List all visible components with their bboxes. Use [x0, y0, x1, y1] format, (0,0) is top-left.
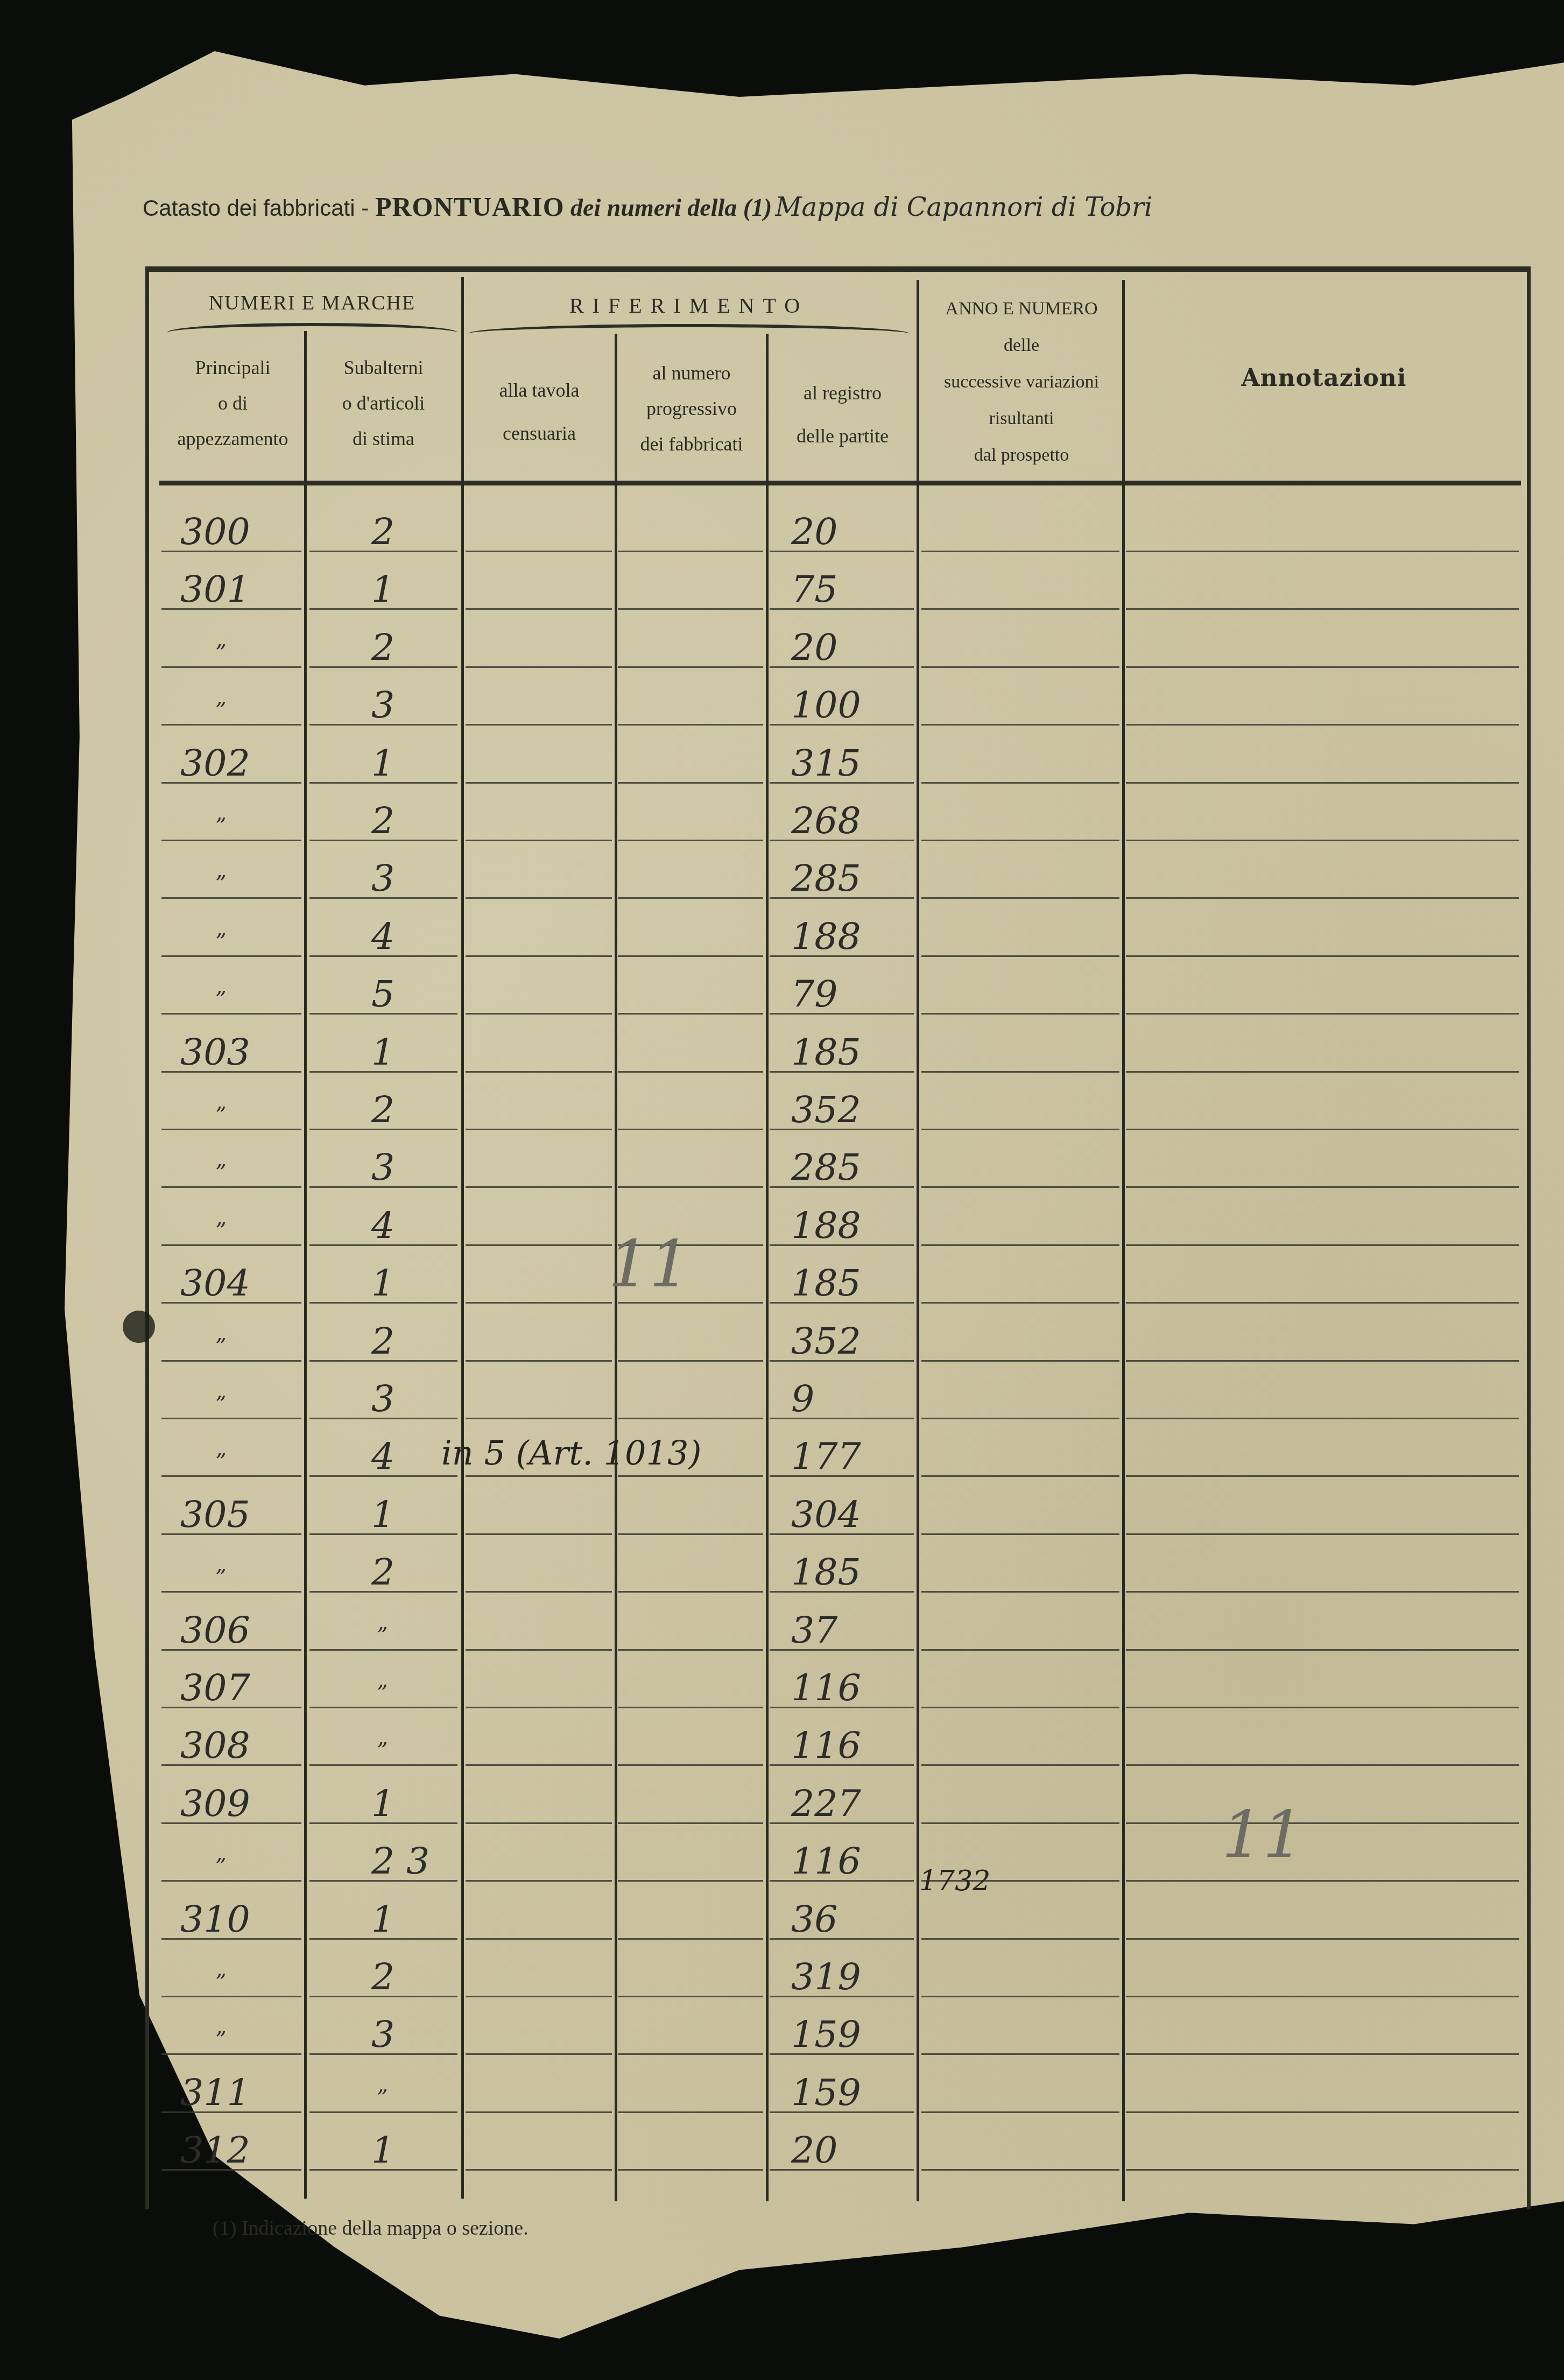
row-rule [466, 1418, 612, 1419]
row-rule [618, 1302, 763, 1304]
row-rule [1126, 666, 1519, 668]
row-rule [921, 955, 1119, 957]
table-row: ”4177in 5 (Art. 1013) [0, 1428, 1564, 1485]
cell-registro: 185 [791, 1551, 861, 1594]
row-rule [1126, 1129, 1519, 1130]
cell-principale: ” [215, 1449, 226, 1474]
cell-registro: 116 [791, 1724, 861, 1767]
table-row: 3091227 [0, 1775, 1564, 1832]
cell-registro: 36 [791, 1898, 838, 1941]
row-rule [921, 1360, 1119, 1362]
cell-registro: 100 [791, 684, 861, 727]
table-row: 306”37 [0, 1602, 1564, 1659]
row-rule [161, 1591, 301, 1593]
cell-registro: 9 [791, 1378, 814, 1420]
row-rule [618, 840, 763, 841]
table-row: 311”159 [0, 2064, 1564, 2121]
cell-subalterno: 1 [371, 1262, 394, 1305]
row-rule [466, 955, 612, 957]
row-rule [466, 2053, 612, 2055]
row-rule [921, 2053, 1119, 2055]
row-rule [466, 1013, 612, 1015]
row-rule [466, 608, 612, 610]
row-rule [466, 666, 612, 668]
row-rule [921, 1475, 1119, 1477]
row-rule [161, 1129, 301, 1130]
table-row: ”4188 [0, 908, 1564, 965]
row-rule [309, 1707, 457, 1708]
row-rule [618, 955, 763, 957]
row-rule [161, 1880, 301, 1882]
cell-principale: ” [215, 930, 226, 954]
row-rule [466, 1071, 612, 1073]
cell-registro: 319 [791, 1956, 861, 1998]
row-rule [161, 1418, 301, 1419]
title-suffix: dei numeri della (1) [565, 194, 772, 221]
row-rule [921, 1764, 1119, 1766]
row-rule [466, 1996, 612, 1997]
row-rule [1126, 724, 1519, 726]
table-row: ”2352 [0, 1313, 1564, 1370]
row-rule [1126, 1822, 1519, 1824]
row-rule [1126, 1938, 1519, 1940]
cell-registro: 159 [791, 2013, 861, 2056]
cell-subalterno: ” [377, 1738, 388, 1763]
row-rule [1126, 1071, 1519, 1073]
row-rule [618, 2111, 763, 2113]
cell-principale: ” [215, 1334, 226, 1359]
table-row: 308”116 [0, 1717, 1564, 1774]
cell-subalterno: 3 [371, 2013, 394, 2056]
cell-subalterno: ” [377, 1623, 388, 1648]
row-rule [618, 1938, 763, 1940]
row-rule [921, 2169, 1119, 2171]
cell-registro: 75 [791, 568, 838, 611]
row-rule [618, 1360, 763, 1362]
cell-principale: 307 [180, 1667, 250, 1709]
row-rule [618, 2169, 763, 2171]
cell-principale: ” [215, 1103, 226, 1128]
pencil-mark: 11 [1222, 1798, 1304, 1872]
row-rule [466, 2111, 612, 2113]
row-rule [466, 1649, 612, 1651]
row-rule [161, 897, 301, 899]
header-col-numero-progressivo: al numero progressivo dei fabbricati [616, 355, 767, 462]
header-col-annotazioni: Annotazioni [1128, 361, 1520, 396]
cell-registro: 177 [791, 1435, 861, 1478]
cell-registro: 268 [791, 800, 861, 842]
row-rule [466, 1129, 612, 1130]
row-rule [921, 1938, 1119, 1940]
table-row: ”2 31161732 [0, 1833, 1564, 1890]
row-rule [618, 666, 763, 668]
row-rule [1126, 840, 1519, 841]
cell-principale: 303 [180, 1031, 250, 1074]
row-rule [466, 1244, 612, 1246]
row-rule [921, 897, 1119, 899]
row-rule [921, 1129, 1119, 1130]
row-rule [618, 897, 763, 899]
cell-registro: 79 [791, 973, 838, 1016]
cell-registro: 185 [791, 1031, 861, 1074]
cell-subalterno: 1 [371, 2129, 394, 2172]
row-rule [466, 2169, 612, 2171]
cell-subalterno: 2 [371, 1089, 394, 1131]
table-row: ”2185 [0, 1544, 1564, 1601]
row-rule [921, 1013, 1119, 1015]
row-rule [1126, 1649, 1519, 1651]
table-row: 310136 [0, 1891, 1564, 1948]
cell-subalterno: 3 [371, 1146, 394, 1189]
row-rule [1126, 1186, 1519, 1188]
cell-subalterno: 1 [371, 1898, 394, 1941]
row-rule [1126, 897, 1519, 899]
row-rule [466, 1186, 612, 1188]
cell-principale: ” [215, 1854, 226, 1879]
row-rule [921, 666, 1119, 668]
row-rule [466, 724, 612, 726]
cell-subalterno: 3 [371, 1378, 394, 1420]
row-rule [466, 897, 612, 899]
table-row: 3031185 [0, 1024, 1564, 1081]
cell-subalterno: 2 3 [371, 1840, 429, 1883]
row-rule [618, 1996, 763, 1997]
table-row: ”39 [0, 1370, 1564, 1427]
brace-riferimento [468, 324, 910, 343]
row-rule [161, 666, 301, 668]
row-rule [618, 724, 763, 726]
binding-hole [123, 1311, 155, 1343]
header-riferimento: RIFERIMENTO [463, 288, 915, 323]
cell-registro: 285 [791, 1146, 861, 1189]
row-rule [1126, 551, 1519, 552]
cell-registro: 20 [791, 2129, 838, 2172]
brace-numeri [167, 323, 457, 342]
cell-principale: ” [215, 1160, 226, 1185]
cell-registro: 352 [791, 1089, 861, 1131]
cell-principale: 306 [180, 1609, 250, 1652]
cell-principale: ” [215, 871, 226, 896]
cell-registro: 188 [791, 1205, 861, 1247]
row-rule [1126, 1533, 1519, 1535]
row-rule [161, 2053, 301, 2055]
cell-principale: 302 [180, 742, 250, 785]
row-rule [161, 1360, 301, 1362]
row-rule [466, 1475, 612, 1477]
row-rule [618, 1764, 763, 1766]
cell-principale: 304 [180, 1262, 250, 1305]
row-rule [921, 551, 1119, 552]
title-main: PRONTUARIO [375, 192, 565, 222]
table-row: ”2319 [0, 1948, 1564, 2005]
cell-registro: 285 [791, 857, 861, 900]
row-rule [1126, 955, 1519, 957]
row-rule [618, 2053, 763, 2055]
row-rule [1126, 1996, 1519, 1997]
cell-registro: 116 [791, 1840, 861, 1883]
row-rule [921, 1186, 1119, 1188]
cell-registro: 159 [791, 2072, 861, 2114]
cell-subalterno: 2 [371, 1956, 394, 1998]
row-rule [921, 1996, 1119, 1997]
row-rule [309, 1764, 457, 1766]
cell-principale: 300 [180, 511, 250, 553]
table-row: 3021315 [0, 735, 1564, 792]
cell-subalterno: 4 [371, 1205, 394, 1247]
cell-subalterno: 2 [371, 511, 394, 553]
row-rule [921, 1418, 1119, 1419]
row-rule [309, 1649, 457, 1651]
cell-subalterno: 3 [371, 857, 394, 900]
table-row: 3041185 [0, 1255, 1564, 1312]
row-rule [1126, 1244, 1519, 1246]
row-rule [921, 1707, 1119, 1708]
cell-subalterno: 2 [371, 800, 394, 842]
cell-principale: 310 [180, 1898, 250, 1941]
row-rule [618, 1822, 763, 1824]
cell-principale: ” [215, 1219, 226, 1243]
table-row: ”2268 [0, 792, 1564, 849]
row-rule [466, 1302, 612, 1304]
row-rule [618, 782, 763, 784]
cell-subalterno: 1 [371, 568, 394, 611]
cell-subalterno: 4 [371, 1435, 394, 1478]
header-divider [159, 481, 1521, 485]
cell-note: in 5 (Art. 1013) [441, 1433, 702, 1473]
table-row: 312120 [0, 2122, 1564, 2179]
row-rule [921, 2111, 1119, 2113]
cell-subalterno: 1 [371, 1783, 394, 1825]
row-rule [618, 1533, 763, 1535]
cell-subalterno: 1 [371, 742, 394, 785]
row-rule [921, 608, 1119, 610]
header-col-principali: Principali o di appezzamento [161, 350, 304, 456]
cell-principale: 305 [180, 1494, 250, 1536]
row-rule [161, 724, 301, 726]
row-rule [1126, 1302, 1519, 1304]
header-col-subalterni: Subalterni o d'articoli di stima [307, 350, 460, 456]
row-rule [1126, 1013, 1519, 1015]
table-row: 307”116 [0, 1659, 1564, 1716]
cell-principale: ” [215, 640, 226, 665]
row-rule [161, 955, 301, 957]
row-rule [466, 1707, 612, 1708]
row-rule [1126, 2111, 1519, 2113]
row-rule [161, 1475, 301, 1477]
row-rule [921, 1822, 1119, 1824]
header-numeri-e-marche: NUMERI E MARCHE [161, 285, 463, 321]
pencil-mark: 11 [608, 1227, 691, 1302]
table-row: ”3285 [0, 850, 1564, 907]
row-rule [618, 1475, 763, 1477]
table-row: ”579 [0, 966, 1564, 1023]
cell-subalterno: 1 [371, 1494, 394, 1536]
cell-principale: 312 [180, 2129, 250, 2172]
cell-principale: 311 [180, 2072, 250, 2114]
row-rule [618, 608, 763, 610]
row-rule [921, 1649, 1119, 1651]
row-rule [618, 1071, 763, 1073]
title-prefix: Catasto dei fabbricati - [143, 195, 375, 221]
cell-registro: 116 [791, 1667, 861, 1709]
handwritten-map-name: Mappa di Capannori di Tobri [775, 192, 1152, 222]
cell-subalterno: 5 [371, 973, 394, 1016]
row-rule [618, 1186, 763, 1188]
cell-registro: 315 [791, 742, 861, 785]
row-rule [618, 1013, 763, 1015]
cell-principale: ” [215, 698, 226, 723]
row-rule [161, 1996, 301, 1997]
cell-principale: ” [215, 2027, 226, 2052]
page-title: Catasto dei fabbricati - PRONTUARIO dei … [143, 191, 1152, 222]
table-row: ”3100 [0, 677, 1564, 734]
table-row: ”2352 [0, 1081, 1564, 1138]
table-row: 3051304 [0, 1486, 1564, 1543]
cell-subalterno: ” [377, 2086, 388, 2110]
cell-subalterno: 1 [371, 1031, 394, 1074]
cell-registro: 185 [791, 1262, 861, 1305]
row-rule [466, 782, 612, 784]
footnote: (1) Indicazione della mappa o sezione. [213, 2216, 529, 2240]
row-rule [1126, 1591, 1519, 1593]
row-rule [618, 1129, 763, 1130]
row-rule [921, 1591, 1119, 1593]
cell-registro: 352 [791, 1320, 861, 1363]
cell-subalterno: 3 [371, 684, 394, 727]
row-rule [466, 1822, 612, 1824]
row-rule [1126, 1707, 1519, 1708]
row-rule [466, 1880, 612, 1882]
row-rule [921, 1244, 1119, 1246]
cell-registro: 227 [791, 1783, 861, 1825]
row-rule [618, 1591, 763, 1593]
cell-subalterno: 4 [371, 916, 394, 958]
cell-principale: ” [215, 987, 226, 1012]
row-rule [1126, 2053, 1519, 2055]
cell-principale: ” [215, 1565, 226, 1590]
cell-principale: ” [215, 814, 226, 839]
row-rule [921, 724, 1119, 726]
row-rule [921, 1302, 1119, 1304]
row-rule [161, 1186, 301, 1188]
cell-principale: 301 [180, 568, 250, 611]
cell-registro: 20 [791, 511, 838, 553]
row-rule [1126, 1418, 1519, 1419]
header-col-registro: al registro delle partite [769, 371, 917, 457]
row-rule [1126, 1764, 1519, 1766]
row-rule [309, 2111, 457, 2113]
row-rule [466, 840, 612, 841]
cell-subalterno: ” [377, 1681, 388, 1706]
table-row: ”3285 [0, 1139, 1564, 1196]
row-rule [466, 551, 612, 552]
row-rule [1126, 1880, 1519, 1882]
table-row: 301175 [0, 561, 1564, 618]
row-rule [921, 1533, 1119, 1535]
row-rule [466, 1360, 612, 1362]
row-rule [161, 840, 301, 841]
row-rule [618, 1707, 763, 1708]
cell-registro: 37 [791, 1609, 838, 1652]
row-rule [1126, 782, 1519, 784]
row-rule [466, 1533, 612, 1535]
header-col-anno-numero: ANNO E NUMERO delle successive variazion… [919, 291, 1124, 474]
row-rule [466, 1591, 612, 1593]
row-rule [618, 551, 763, 552]
cell-principale: ” [215, 1970, 226, 1995]
cell-principale: 308 [180, 1724, 250, 1767]
row-rule [161, 1244, 301, 1246]
row-rule [1126, 608, 1519, 610]
table-row: ”220 [0, 619, 1564, 676]
row-rule [921, 840, 1119, 841]
row-rule [921, 1071, 1119, 1073]
table-row: 300220 [0, 503, 1564, 560]
cell-principale: 309 [180, 1783, 250, 1825]
row-rule [618, 1649, 763, 1651]
row-rule [161, 1013, 301, 1015]
row-rule [618, 1418, 763, 1419]
row-rule [921, 782, 1119, 784]
row-rule [1126, 1360, 1519, 1362]
table-row: ”4188 [0, 1197, 1564, 1254]
cell-registro: 20 [791, 626, 838, 669]
table-row: ”3159 [0, 2006, 1564, 2063]
row-rule [466, 1938, 612, 1940]
cell-subalterno: 2 [371, 626, 394, 669]
row-rule [466, 1764, 612, 1766]
row-rule [1126, 2169, 1519, 2171]
cell-subalterno: 2 [371, 1551, 394, 1594]
cell-registro: 188 [791, 916, 861, 958]
cell-principale: ” [215, 1392, 226, 1417]
cell-registro: 304 [791, 1494, 861, 1536]
row-rule [618, 1880, 763, 1882]
row-rule [1126, 1475, 1519, 1477]
header-col-tavola: alla tavola censuaria [464, 369, 615, 455]
cell-subalterno: 2 [371, 1320, 394, 1363]
